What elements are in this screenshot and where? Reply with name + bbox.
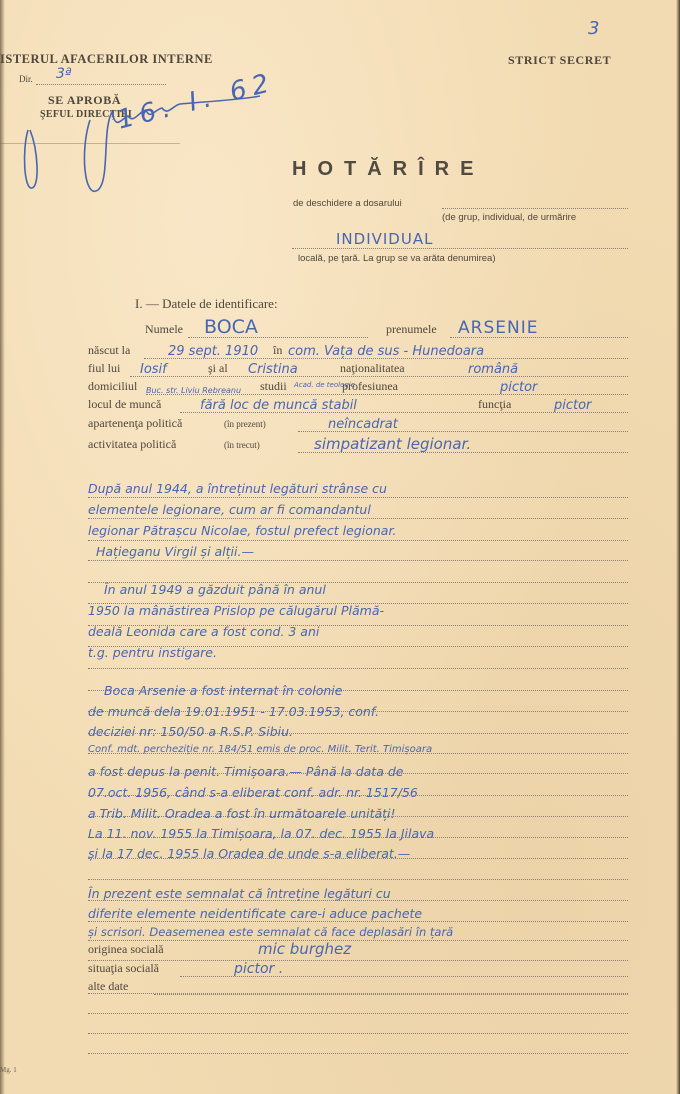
directorate-label: Dir. [19, 74, 33, 84]
born-label: născut la [88, 343, 130, 358]
surname-label: Numele [145, 322, 183, 337]
mother-label: şi al [208, 361, 228, 376]
ruled-line [88, 518, 628, 519]
domicile-value: Buc. str. Liviu Rebreanu [146, 386, 241, 395]
membership-qualifier: (în prezent) [224, 419, 266, 429]
ruled-line [88, 560, 628, 561]
narrative-line: În prezent este semnalat că întreține le… [88, 886, 391, 901]
field-row-parents: fiul lui Iosif şi al Cristina naţionalit… [88, 361, 628, 379]
field-row-workplace: locul de muncă fără loc de muncă stabil … [88, 397, 628, 415]
page-number: 3 [588, 18, 599, 39]
ruled-line [88, 921, 628, 922]
narrative-line: deală Leonida care a fost cond. 3 ani [88, 624, 319, 639]
field-row-name: Numele BOCA prenumele ARSENIE [88, 322, 628, 340]
narrative-line: Hațieganu Virgil și alții.— [96, 544, 254, 559]
profession-label: profesiunea [342, 379, 398, 394]
other-label: alte date [88, 979, 128, 994]
field-row-activity: activitatea politică (în trecut) simpati… [88, 437, 628, 455]
file-type-hint-1: (de grup, individual, de urmărire [442, 212, 576, 223]
father-label: fiul lui [88, 361, 120, 376]
ruled-line [88, 1013, 628, 1014]
domicile-label: domiciliul [88, 379, 137, 394]
ruled-line [88, 1033, 628, 1034]
narrative-line: elementele legionare, cum ar fi comandan… [88, 502, 371, 517]
first-name-value: ARSENIE [458, 318, 538, 338]
file-type-hint-2: locală, pe ţară. La grup se va arăta den… [298, 253, 496, 264]
page-edge-right [676, 0, 680, 1094]
activity-label: activitatea politică [88, 437, 176, 452]
narrative-line: t.g. pentru instigare. [88, 645, 217, 660]
situation-label: situaţia socială [88, 961, 159, 976]
first-name-label: prenumele [386, 322, 437, 337]
field-row-origin: originea socială mic burghez [88, 942, 628, 960]
field-row-domicile: domiciliul Buc. str. Liviu Rebreanu stud… [88, 379, 628, 397]
situation-value: pictor . [234, 961, 283, 977]
position-value: pictor [554, 398, 591, 413]
narrative-line: deciziei nr: 150/50 a R.S.P. Sibiu. [88, 724, 293, 739]
nationality-label: naţionalitatea [340, 361, 405, 376]
file-opening-label: de deschidere a dosarului [293, 198, 402, 209]
mother-value: Cristina [248, 362, 298, 377]
ruled-line [88, 540, 628, 541]
father-value: Iosif [140, 362, 167, 377]
ruled-line [88, 879, 628, 880]
narrative-line: Conf. mdt. percheziție nr. 184/51 emis d… [88, 744, 432, 755]
field-row-membership: apartenenţa politică (în prezent) neînca… [88, 416, 628, 434]
ruled-line [88, 668, 628, 669]
narrative-line: La 11. nov. 1955 la Timișoara, la 07. de… [88, 826, 434, 841]
narrative-line: de muncă dela 19.01.1951 - 17.03.1953, c… [88, 704, 379, 719]
directorate-value: 3ª [56, 66, 72, 82]
ministry-heading: ISTERUL AFACERILOR INTERNE [0, 52, 213, 67]
field-row-other: alte date [88, 979, 628, 997]
workplace-value: fără loc de muncă stabil [200, 398, 357, 413]
ruled-line [88, 497, 628, 498]
narrative-line: Boca Arsenie a fost internat în colonie [104, 683, 342, 698]
surname-value: BOCA [204, 316, 258, 338]
file-type-line-2 [292, 248, 628, 249]
page-edge-left [0, 0, 5, 1094]
membership-label: apartenenţa politică [88, 416, 182, 431]
born-value: 29 sept. 1910 [168, 344, 258, 359]
narrative-line: 1950 la mânăstirea Prislop pe călugărul … [88, 603, 384, 618]
field-row-situation: situaţia socială pictor . [88, 961, 628, 979]
other-line [154, 994, 628, 995]
narrative-line: 07.oct. 1956, când s-a eliberat conf. ad… [88, 785, 418, 800]
file-type-line [442, 208, 628, 209]
narrative-line: a Trib. Milit. Oradea a fost în următoar… [88, 806, 396, 821]
position-label: funcţia [478, 397, 511, 412]
activity-value: simpatizant legionar. [314, 435, 471, 453]
membership-value: neîncadrat [328, 417, 398, 432]
document-page: ISTERUL AFACERILOR INTERNE Dir. 3ª SE AP… [0, 0, 680, 1094]
profession-value: pictor [500, 380, 537, 395]
nationality-value: română [468, 362, 518, 377]
narrative-line: diferite elemente neidentificate care-i … [88, 906, 422, 921]
section-title: I. — Datele de identificare: [135, 296, 278, 312]
origin-value: mic burghez [258, 940, 351, 958]
narrative-line: și la 17 dec. 1955 la Oradea de unde s-a… [88, 846, 410, 861]
narrative-line: a fost depus la penit. Timișoara.— Până … [88, 764, 403, 779]
workplace-label: locul de muncă [88, 397, 161, 412]
birthplace-value: com. Vața de sus - Hunedoara [288, 344, 484, 359]
birthplace-label: în [273, 343, 282, 358]
ruled-line [88, 940, 628, 941]
narrative-line: și scrisori. Deasemenea este semnalat că… [88, 925, 453, 939]
narrative-line: legionar Pătrașcu Nicolae, fostul prefec… [88, 523, 396, 538]
narrative-line: După anul 1944, a întreținut legături st… [88, 481, 387, 496]
directorate-line [36, 84, 166, 85]
document-title: HOTĂRÎRE [292, 158, 484, 181]
activity-qualifier: (în trecut) [224, 440, 260, 450]
studies-label: studii [260, 379, 287, 394]
ruled-line [88, 1053, 628, 1054]
narrative-line: În anul 1949 a găzduit până în anul [104, 582, 326, 597]
parents-line [130, 376, 628, 377]
origin-label: originea socială [88, 942, 164, 957]
file-type-value: INDIVIDUAL [336, 230, 433, 248]
form-code: Mg. 1 [0, 1066, 17, 1074]
classification-label: STRICT SECRET [508, 53, 611, 68]
field-row-birth: născut la 29 sept. 1910 în com. Vața de … [88, 343, 628, 361]
